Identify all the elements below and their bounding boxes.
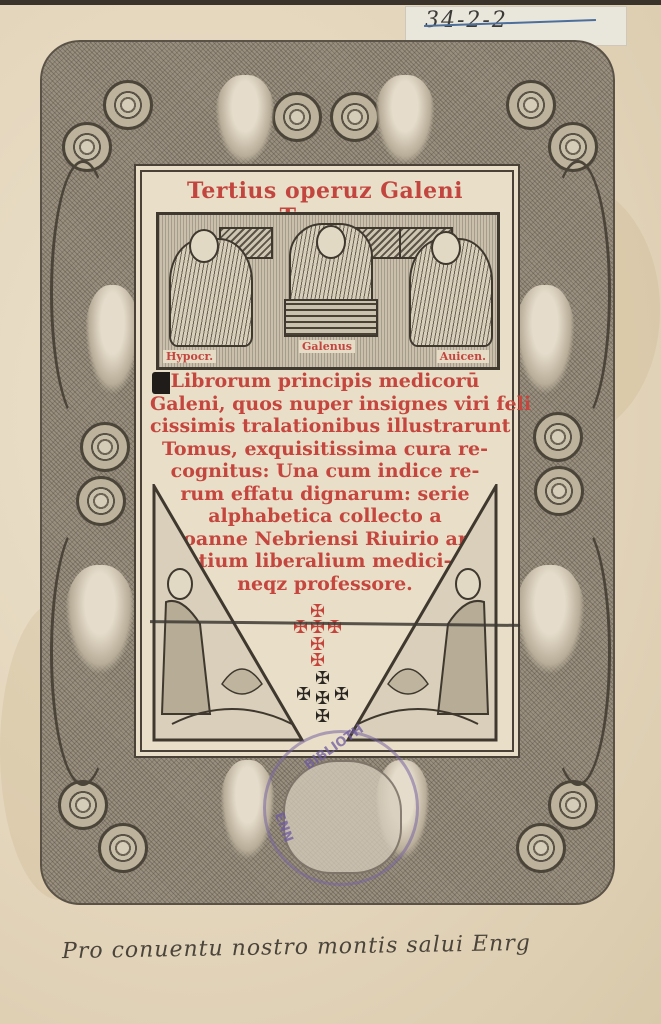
rosette-icon: [80, 422, 130, 472]
handwritten-inscription: Pro conuentu nostro montis salui Enrg: [62, 931, 531, 964]
black-cross-icon: ✠: [315, 708, 330, 726]
rosette-icon: [534, 466, 584, 516]
scholar-head: [189, 229, 219, 263]
label-avicenna: Auicen.: [437, 350, 489, 363]
label-hippocrates: Hypocr.: [163, 350, 216, 363]
rosette-icon: [548, 780, 598, 830]
rosette-icon: [272, 92, 322, 142]
body-line: cognitus: Una cum indice re-: [150, 460, 500, 483]
vine-scroll: [50, 520, 116, 786]
black-cross-icon: ✠: [315, 670, 330, 688]
body-line: Galeni, quos nuper insignes viri feli: [150, 393, 500, 416]
scholar-head: [431, 231, 461, 265]
body-line: cissimis tralationibus illustrarunt: [150, 415, 500, 438]
black-cross-icon: ✠: [296, 686, 311, 704]
body-line: Tomus, exquisitissima cura re-: [150, 438, 500, 461]
rosette-icon: [330, 92, 380, 142]
rosette-icon: [98, 823, 148, 873]
cherub-figure: [215, 75, 275, 165]
rosette-icon: [516, 823, 566, 873]
library-stamp: [263, 730, 419, 886]
body-line: Librorum principis medicorū: [150, 370, 500, 393]
page-edge: [0, 0, 661, 5]
scholar-head: [316, 225, 346, 259]
writing-desk: [284, 299, 378, 337]
rosette-icon: [103, 80, 153, 130]
label-galen: Galenus: [299, 340, 355, 353]
woodcut-scholars-illustration: Hypocr. Galenus Auicen.: [156, 212, 500, 370]
vine-scroll: [50, 160, 116, 426]
vine-scroll: [545, 160, 611, 426]
title-page: 34-2-2 Tertius operuz Galeni Tomus.: [0, 0, 661, 1024]
vine-scroll: [545, 520, 611, 786]
shelfmark: 34-2-2: [425, 8, 508, 33]
rosette-icon: [506, 80, 556, 130]
rosette-icon: [58, 780, 108, 830]
rosette-icon: [76, 476, 126, 526]
black-cross-icon: ✠: [334, 686, 349, 704]
cherub-figure: [375, 75, 435, 165]
